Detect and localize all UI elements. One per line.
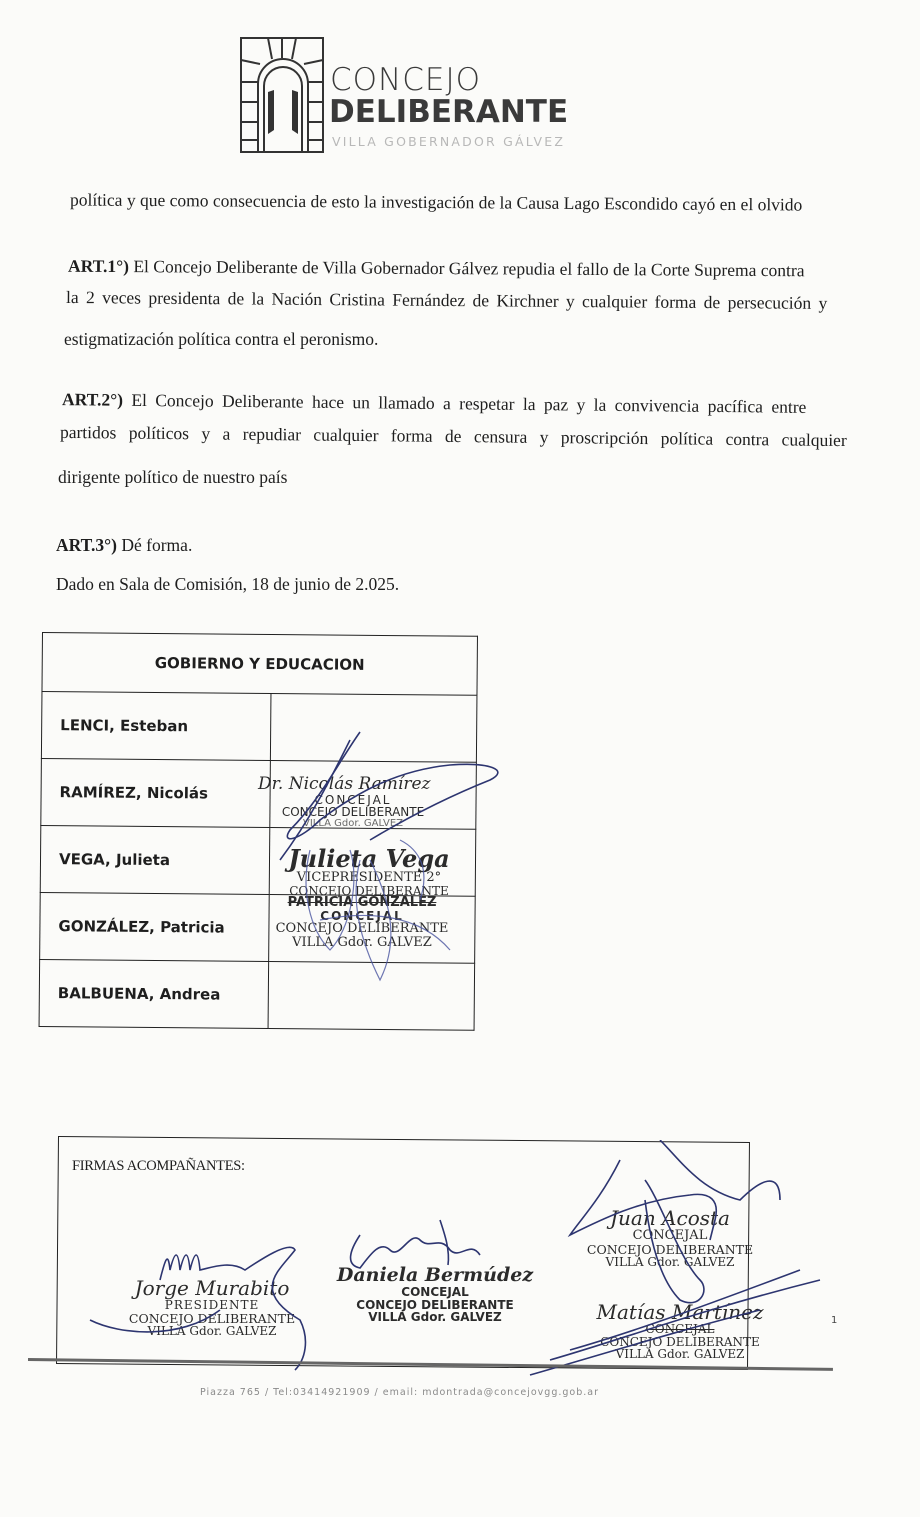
intro-paragraph: política y que como consecuencia de esto… — [70, 191, 802, 214]
member-name: RAMÍREZ, Nicolás — [41, 758, 271, 827]
stamp-bermudez: Daniela Bermúdez CONCEJAL CONCEJO DELIBE… — [330, 1266, 540, 1324]
article-1-line-3: estigmatización política contra el peron… — [64, 331, 378, 349]
article-1-line-2: la 2 veces presidenta de la Nación Crist… — [66, 289, 827, 312]
accompanying-signatures-label: FIRMAS ACOMPAÑANTES: — [72, 1158, 245, 1175]
article-2-line-2: partidos políticos y a repudiar cualquie… — [60, 424, 847, 450]
article-2-label: ART.2°) — [62, 389, 123, 410]
article-2-line-1: El Concejo Deliberante hace un llamado a… — [131, 390, 806, 417]
signature-cell — [270, 694, 477, 763]
logo-subtitle: VILLA GOBERNADOR GÁLVEZ — [332, 134, 565, 149]
member-name: LENCI, Esteban — [41, 692, 271, 761]
article-3-label: ART.3°) — [56, 535, 117, 555]
member-name: GONZÁLEZ, Patricia — [40, 892, 270, 961]
stamp-gonzalez: PATRICIA GONZALEZ CONCEJAL CONCEJO DELIB… — [262, 896, 462, 950]
article-1-line-1: El Concejo Deliberante de Villa Gobernad… — [133, 256, 804, 280]
table-row: LENCI, Esteban — [41, 692, 477, 763]
stamp-ramirez: Dr. Nicolás Ramírez CONCEJAL CONCEJO DEL… — [258, 776, 448, 830]
member-name: BALBUENA, Andrea — [39, 959, 269, 1028]
stamp-martinez: Matías Martínez CONCEJAL CONCEJO DELIBER… — [580, 1302, 780, 1361]
table-row: BALBUENA, Andrea — [39, 959, 475, 1030]
stamp-murabito: Jorge Murabito PRESIDENTE CONCEJO DELIBE… — [92, 1278, 332, 1337]
arch-door-icon — [238, 34, 328, 156]
article-2-line-3: dirigente político de nuestro país — [58, 469, 287, 487]
article-1-label: ART.1°) — [68, 256, 129, 276]
member-name: VEGA, Julieta — [40, 825, 270, 894]
committee-signature-table: GOBIERNO Y EDUCACION LENCI, Esteban RAMÍ… — [39, 632, 478, 1031]
signature-cell — [268, 961, 475, 1030]
committee-title: GOBIERNO Y EDUCACION — [42, 633, 477, 696]
page-number: 1 — [831, 1315, 837, 1326]
stamp-vega: Julieta Vega VICEPRESIDENTE 2° CONCEJO D… — [274, 846, 464, 897]
article-3: ART.3°) Dé forma. — [56, 537, 192, 555]
council-logo: CONCEJO DELIBERANTE VILLA GOBERNADOR GÁL… — [238, 34, 598, 164]
article-3-text: Dé forma. — [121, 535, 192, 555]
footer-contact: Piazza 765 / Tel:03414921909 / email: md… — [200, 1387, 599, 1398]
logo-title-line2: DELIBERANTE — [329, 94, 568, 130]
logo-title-line1: CONCEJO — [330, 62, 481, 98]
stamp-acosta: Juan Acosta CONCEJAL CONCEJO DELIBERANTE… — [570, 1208, 770, 1268]
dated-line: Dado en Sala de Comisión, 18 de junio de… — [56, 576, 399, 594]
